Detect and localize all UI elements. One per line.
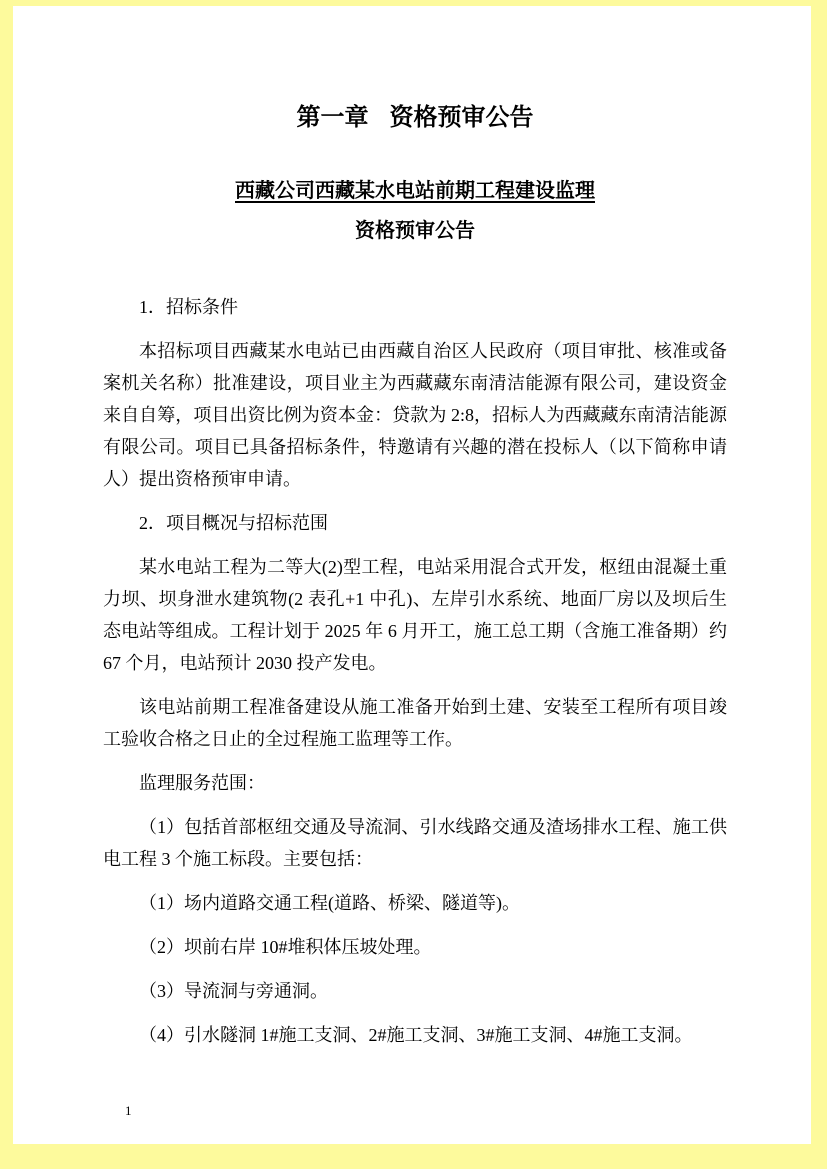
chapter-title: 第一章 资格预审公告 bbox=[103, 102, 727, 134]
scope-item-roads: （1）场内道路交通工程(道路、桥梁、隧道等)。 bbox=[103, 887, 727, 919]
paragraph-supervision-period: 该电站前期工程准备建设从施工准备开始到土建、安装至工程所有项目竣工验收合格之日止… bbox=[103, 691, 727, 755]
document-page: 第一章 资格预审公告 西藏公司西藏某水电站前期工程建设监理 资格预审公告 1．招… bbox=[13, 6, 811, 1144]
scope-item-slope-treatment: （2）坝前右岸 10#堆积体压坡处理。 bbox=[103, 931, 727, 963]
viewer-background: 第一章 资格预审公告 西藏公司西藏某水电站前期工程建设监理 资格预审公告 1．招… bbox=[0, 0, 827, 1169]
page-number: 1 bbox=[125, 1103, 132, 1119]
document-title: 西藏公司西藏某水电站前期工程建设监理 bbox=[103, 171, 727, 211]
page-content: 第一章 资格预审公告 西藏公司西藏某水电站前期工程建设监理 资格预审公告 1．招… bbox=[13, 6, 811, 1144]
paragraph-project-overview: 某水电站工程为二等大(2)型工程，电站采用混合式开发，枢纽由混凝土重力坝、坝身泄… bbox=[103, 551, 727, 679]
scope-item-headrace-tunnels: （4）引水隧洞 1#施工支洞、2#施工支洞、3#施工支洞、4#施工支洞。 bbox=[103, 1019, 727, 1051]
scope-item-diversion-tunnel: （3）导流洞与旁通洞。 bbox=[103, 975, 727, 1007]
paragraph-scope-summary: （1）包括首部枢纽交通及导流洞、引水线路交通及渣场排水工程、施工供电工程 3 个… bbox=[103, 811, 727, 875]
document-subtitle: 资格预审公告 bbox=[103, 211, 727, 251]
document-body: 1．招标条件 本招标项目西藏某水电站已由西藏自治区人民政府（项目审批、核准或备案… bbox=[103, 291, 727, 1051]
paragraph-scope-label: 监理服务范围： bbox=[103, 767, 727, 799]
section-heading-project-overview: 2．项目概况与招标范围 bbox=[103, 507, 727, 539]
paragraph-bid-conditions: 本招标项目西藏某水电站已由西藏自治区人民政府（项目审批、核准或备案机关名称）批准… bbox=[103, 335, 727, 495]
section-heading-bid-conditions: 1．招标条件 bbox=[103, 291, 727, 323]
